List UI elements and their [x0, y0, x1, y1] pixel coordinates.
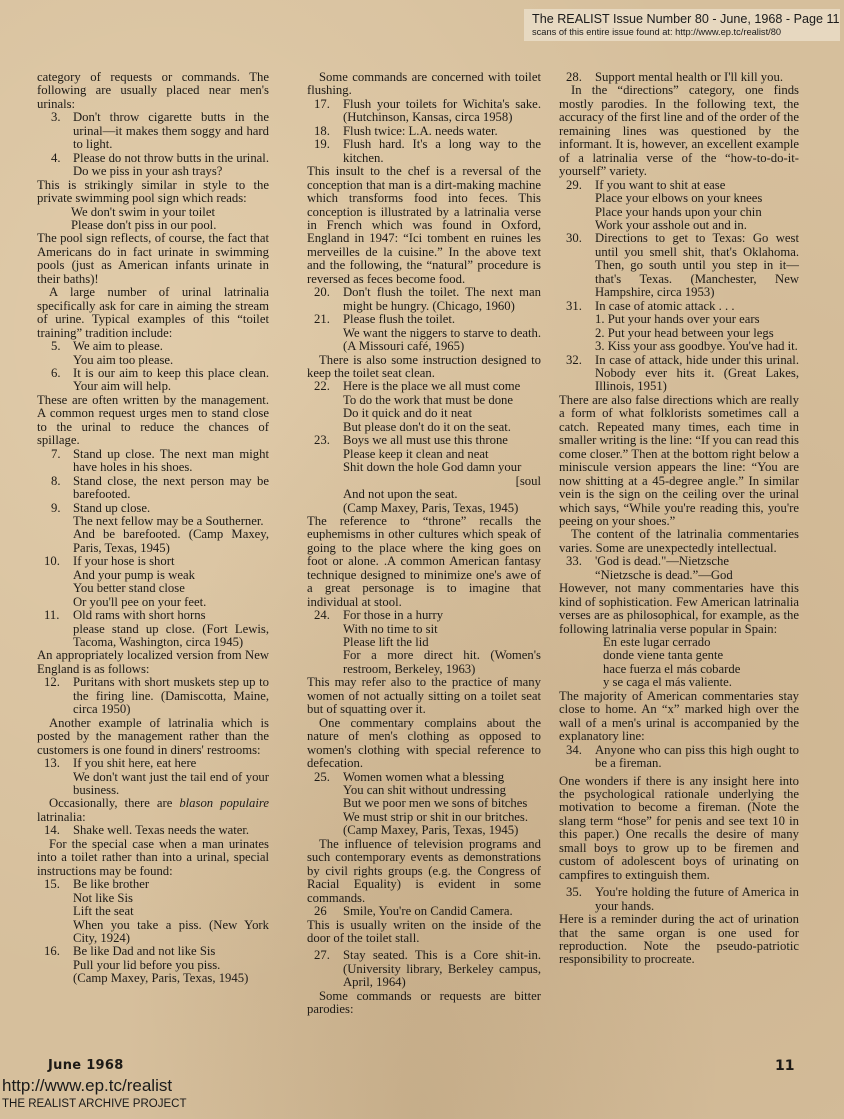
- paragraph: The content of the latrinalia commentari…: [559, 528, 799, 555]
- text-line: You can shit without undressing: [343, 784, 541, 797]
- text-line: Occasionally, there are: [49, 796, 179, 810]
- text-line: 10.: [37, 555, 73, 609]
- text-line: 8.: [37, 475, 73, 502]
- text-line: We want the niggers to starve to death. …: [343, 327, 541, 354]
- column-1: category of requests or commands. The fo…: [37, 71, 269, 986]
- text-line: 22.: [307, 380, 343, 434]
- text-line: Not like Sis: [73, 892, 269, 905]
- pool-sign-verse: We don't swim in your toiletPlease don't…: [37, 206, 269, 233]
- text-line: 12.: [37, 676, 73, 716]
- text-line: donde viene tanta gente: [603, 649, 799, 662]
- text-line: Support mental health or I'll kill you.: [595, 71, 799, 84]
- text-line: 15.: [37, 878, 73, 945]
- text-line: 28.: [559, 71, 595, 84]
- list-item: 30.Directions to get to Texas: Go west u…: [559, 232, 799, 299]
- text-line: And your pump is weak: [73, 569, 269, 582]
- text-line: 31.: [559, 300, 595, 354]
- paragraph: However, not many commentaries have this…: [559, 582, 799, 636]
- text-line: Here is the place we all must come: [343, 380, 541, 393]
- list-item: 27.Stay seated. This is a Core shit-in. …: [307, 949, 541, 989]
- list-item: 23.Boys we all must use this thronePleas…: [307, 434, 541, 515]
- paragraph: Some commands are concerned with toilet …: [307, 71, 541, 98]
- list-item: 13.If you shit here, eat hereWe don't wa…: [37, 757, 269, 797]
- issue-title: The REALIST Issue Number 80 - June, 1968…: [532, 12, 840, 26]
- text-line: 27.: [307, 949, 343, 989]
- text-line: We must strip or shit in our britches.: [343, 811, 541, 824]
- list-item: 12.Puritans with short muskets step up t…: [37, 676, 269, 716]
- text-line: 9.: [37, 502, 73, 556]
- text-line: En este lugar cerrado: [603, 636, 799, 649]
- paragraph: Occasionally, there are blason populaire…: [37, 797, 269, 824]
- text-line: 23.: [307, 434, 343, 515]
- text-line: 18.: [307, 125, 343, 138]
- text-line: “Nietzsche is dead.”—God: [595, 569, 799, 582]
- text-line: Smile, You're on Candid Camera.: [343, 905, 541, 918]
- text-line: Shit down the hole God damn your: [343, 461, 541, 474]
- text-line: Please flush the toilet.: [343, 313, 541, 326]
- text-line: Flush hard. It's a long way to the kitch…: [343, 138, 541, 165]
- archive-project-label: THE REALIST ARCHIVE PROJECT: [2, 1098, 186, 1110]
- text-line: Do it quick and do it neat: [343, 407, 541, 420]
- text-line: If you shit here, eat here: [73, 757, 269, 770]
- text-line: You're holding the future of America in …: [595, 886, 799, 913]
- list-item: 3.Don't throw cigarette butts in the uri…: [37, 111, 269, 151]
- text-line: [soul: [343, 475, 541, 488]
- text-line: Please do not throw butts in the urinal.…: [73, 152, 269, 179]
- text-line: Don't throw cigarette butts in the urina…: [73, 111, 269, 151]
- spanish-verse: En este lugar cerradodonde viene tanta g…: [559, 636, 799, 690]
- paragraph: The influence of television programs and…: [307, 838, 541, 905]
- paragraph: This may refer also to the practice of m…: [307, 676, 541, 716]
- list-item: 21.Please flush the toilet.We want the n…: [307, 313, 541, 353]
- text-line: To do the work that must be done: [343, 394, 541, 407]
- list-item: 11.Old rams with short hornsplease stand…: [37, 609, 269, 649]
- text-line: 1. Put your hands over your ears: [595, 313, 799, 326]
- list-item: 25.Women women what a blessingYou can sh…: [307, 771, 541, 838]
- text-line: 29.: [559, 179, 595, 233]
- text-line: blason populaire: [179, 796, 269, 810]
- paragraph: This insult to the chef is a reversal of…: [307, 165, 541, 286]
- text-line: 25.: [307, 771, 343, 838]
- paragraph: In the “directions” category, one finds …: [559, 84, 799, 178]
- list-item: 10.If your hose is shortAnd your pump is…: [37, 555, 269, 609]
- text-line: (Camp Maxey, Paris, Texas, 1945): [343, 824, 541, 837]
- list-item: 24.For those in a hurryWith no time to s…: [307, 609, 541, 676]
- text-line: Place your hands upon your chin: [595, 206, 799, 219]
- text-line: Anyone who can piss this high ought to b…: [595, 744, 799, 771]
- text-line: 26: [307, 905, 343, 918]
- text-line: For those in a hurry: [343, 609, 541, 622]
- list-item: 22.Here is the place we all must comeTo …: [307, 380, 541, 434]
- column-2: Some commands are concerned with toilet …: [307, 71, 541, 1017]
- text-line: Be like Dad and not like Sis: [73, 945, 269, 958]
- paragraph: The pool sign reflects, of course, the f…: [37, 232, 269, 286]
- text-line: 5.: [37, 340, 73, 367]
- archive-url-link[interactable]: http://www.ep.tc/realist: [2, 1076, 172, 1096]
- list-item: 29.If you want to shit at easePlace your…: [559, 179, 799, 233]
- list-item: 28.Support mental health or I'll kill yo…: [559, 71, 799, 84]
- paragraph: One wonders if there is any insight here…: [559, 775, 799, 883]
- text-line: You better stand close: [73, 582, 269, 595]
- paragraph: The majority of American commentaries st…: [559, 690, 799, 744]
- text-line: (Camp Maxey, Paris, Texas, 1945): [73, 972, 269, 985]
- list-item: 19.Flush hard. It's a long way to the ki…: [307, 138, 541, 165]
- text-line: Stand close, the next person may be bare…: [73, 475, 269, 502]
- text-line: In case of attack, hide under this urina…: [595, 354, 799, 394]
- issue-date: June 1968: [48, 1058, 124, 1073]
- text-line: Puritans with short muskets step up to t…: [73, 676, 269, 716]
- text-line: 19.: [307, 138, 343, 165]
- list-item: 34.Anyone who can piss this high ought t…: [559, 744, 799, 771]
- paragraph: There is also some instruction designed …: [307, 354, 541, 381]
- text-line: You aim too please.: [73, 354, 269, 367]
- text-line: Don't flush the toilet. The next man mig…: [343, 286, 541, 313]
- text-line: latrinalia:: [37, 810, 86, 824]
- text-line: Shake well. Texas needs the water.: [73, 824, 269, 837]
- text-line: Please keep it clean and neat: [343, 448, 541, 461]
- text-line: We aim to please.: [73, 340, 269, 353]
- text-line: Please lift the lid: [343, 636, 541, 649]
- text-line: 16.: [37, 945, 73, 985]
- text-line: For a more direct hit. (Women's restroom…: [343, 649, 541, 676]
- text-line: Boys we all must use this throne: [343, 434, 541, 447]
- page-number: 11: [775, 1058, 794, 1074]
- text-line: Directions to get to Texas: Go west unti…: [595, 232, 799, 299]
- paragraph: This is usually writen on the inside of …: [307, 919, 541, 946]
- text-line: please stand up close. (Fort Lewis, Taco…: [73, 623, 269, 650]
- text-line: Be like brother: [73, 878, 269, 891]
- text-line: Old rams with short horns: [73, 609, 269, 622]
- text-line: 3.: [37, 111, 73, 151]
- text-line: 14.: [37, 824, 73, 837]
- text-line: It is our aim to keep this place clean. …: [73, 367, 269, 394]
- text-line: Flush twice: L.A. needs water.: [343, 125, 541, 138]
- text-line: When you take a piss. (New York City, 19…: [73, 919, 269, 946]
- text-line: Flush your toilets for Wichita's sake. (…: [343, 98, 541, 125]
- text-line: 6.: [37, 367, 73, 394]
- text-line: We don't want just the tail end of your …: [73, 771, 269, 798]
- text-line: Please don't piss in our pool.: [71, 219, 269, 232]
- text-line: The next fellow may be a Southerner.: [73, 515, 269, 528]
- text-line: In case of atomic attack . . .: [595, 300, 799, 313]
- list-item: 14.Shake well. Texas needs the water.: [37, 824, 269, 837]
- list-item: 31.In case of atomic attack . . .1. Put …: [559, 300, 799, 354]
- archive-header: The REALIST Issue Number 80 - June, 1968…: [524, 9, 840, 41]
- text-line: y se caga el más valiente.: [603, 676, 799, 689]
- text-line: Stay seated. This is a Core shit-in. (Un…: [343, 949, 541, 989]
- paragraph: There are also false directions which ar…: [559, 394, 799, 529]
- text-line: Work your asshole out and in.: [595, 219, 799, 232]
- text-line: 30.: [559, 232, 595, 299]
- text-line: We don't swim in your toilet: [71, 206, 269, 219]
- paragraph: An appropriately localized version from …: [37, 649, 269, 676]
- list-item: 6.It is our aim to keep this place clean…: [37, 367, 269, 394]
- text-line: 33.: [559, 555, 595, 582]
- text-line: With no time to sit: [343, 623, 541, 636]
- issue-scans-link[interactable]: scans of this entire issue found at: htt…: [532, 26, 840, 38]
- text-line: 24.: [307, 609, 343, 676]
- text-line: 7.: [37, 448, 73, 475]
- column-3: 28.Support mental health or I'll kill yo…: [559, 71, 799, 967]
- paragraph: One commentary complains about the natur…: [307, 717, 541, 771]
- list-item: 35.You're holding the future of America …: [559, 886, 799, 913]
- text-line: 21.: [307, 313, 343, 353]
- text-line: 'God is dead."—Nietzsche: [595, 555, 799, 568]
- text-line: But we poor men we sons of bitches: [343, 797, 541, 810]
- paragraph: Here is a reminder during the act of uri…: [559, 913, 799, 967]
- text-line: 3. Kiss your ass goodbye. You've had it.: [595, 340, 799, 353]
- paragraph: category of requests or commands. The fo…: [37, 71, 269, 111]
- list-item: 4.Please do not throw butts in the urina…: [37, 152, 269, 179]
- paragraph: Some commands or requests are bitter par…: [307, 990, 541, 1017]
- text-line: Place your elbows on your knees: [595, 192, 799, 205]
- text-line: 35.: [559, 886, 595, 913]
- text-line: If your hose is short: [73, 555, 269, 568]
- text-line: Pull your lid before you piss.: [73, 959, 269, 972]
- paragraph: Another example of latrinalia which is p…: [37, 717, 269, 757]
- text-line: (Camp Maxey, Paris, Texas, 1945): [343, 502, 541, 515]
- list-item: 20.Don't flush the toilet. The next man …: [307, 286, 541, 313]
- list-item: 8.Stand close, the next person may be ba…: [37, 475, 269, 502]
- paragraph: The reference to “throne” recalls the eu…: [307, 515, 541, 609]
- list-item: 5.We aim to please.You aim too please.: [37, 340, 269, 367]
- list-item: 18.Flush twice: L.A. needs water.: [307, 125, 541, 138]
- text-line: And be barefooted. (Camp Maxey, Paris, T…: [73, 528, 269, 555]
- list-item: 15.Be like brotherNot like SisLift the s…: [37, 878, 269, 945]
- text-line: 32.: [559, 354, 595, 394]
- paragraph: A large number of urinal latrinalia spec…: [37, 286, 269, 340]
- list-item: 17.Flush your toilets for Wichita's sake…: [307, 98, 541, 125]
- paragraph: These are often written by the managemen…: [37, 394, 269, 448]
- list-item: 33.'God is dead."—Nietzsche“Nietzsche is…: [559, 555, 799, 582]
- text-line: But please don't do it on the seat.: [343, 421, 541, 434]
- text-line: Women women what a blessing: [343, 771, 541, 784]
- text-line: 2. Put your head between your legs: [595, 327, 799, 340]
- text-line: 13.: [37, 757, 73, 797]
- text-line: Stand up close.: [73, 502, 269, 515]
- text-line: 11.: [37, 609, 73, 649]
- text-line: 20.: [307, 286, 343, 313]
- text-line: Lift the seat: [73, 905, 269, 918]
- paragraph: For the special case when a man urinates…: [37, 838, 269, 878]
- list-item: 32.In case of attack, hide under this ur…: [559, 354, 799, 394]
- text-line: 17.: [307, 98, 343, 125]
- text-line: If you want to shit at ease: [595, 179, 799, 192]
- paragraph: This is strikingly similar in style to t…: [37, 179, 269, 206]
- text-line: Stand up close. The next man might have …: [73, 448, 269, 475]
- text-line: 4.: [37, 152, 73, 179]
- list-item: 16.Be like Dad and not like SisPull your…: [37, 945, 269, 985]
- text-line: 34.: [559, 744, 595, 771]
- text-line: Or you'll pee on your feet.: [73, 596, 269, 609]
- text-line: hace fuerza el más cobarde: [603, 663, 799, 676]
- list-item: 26Smile, You're on Candid Camera.: [307, 905, 541, 918]
- list-item: 9.Stand up close.The next fellow may be …: [37, 502, 269, 556]
- list-item: 7.Stand up close. The next man might hav…: [37, 448, 269, 475]
- text-line: And not upon the seat.: [343, 488, 541, 501]
